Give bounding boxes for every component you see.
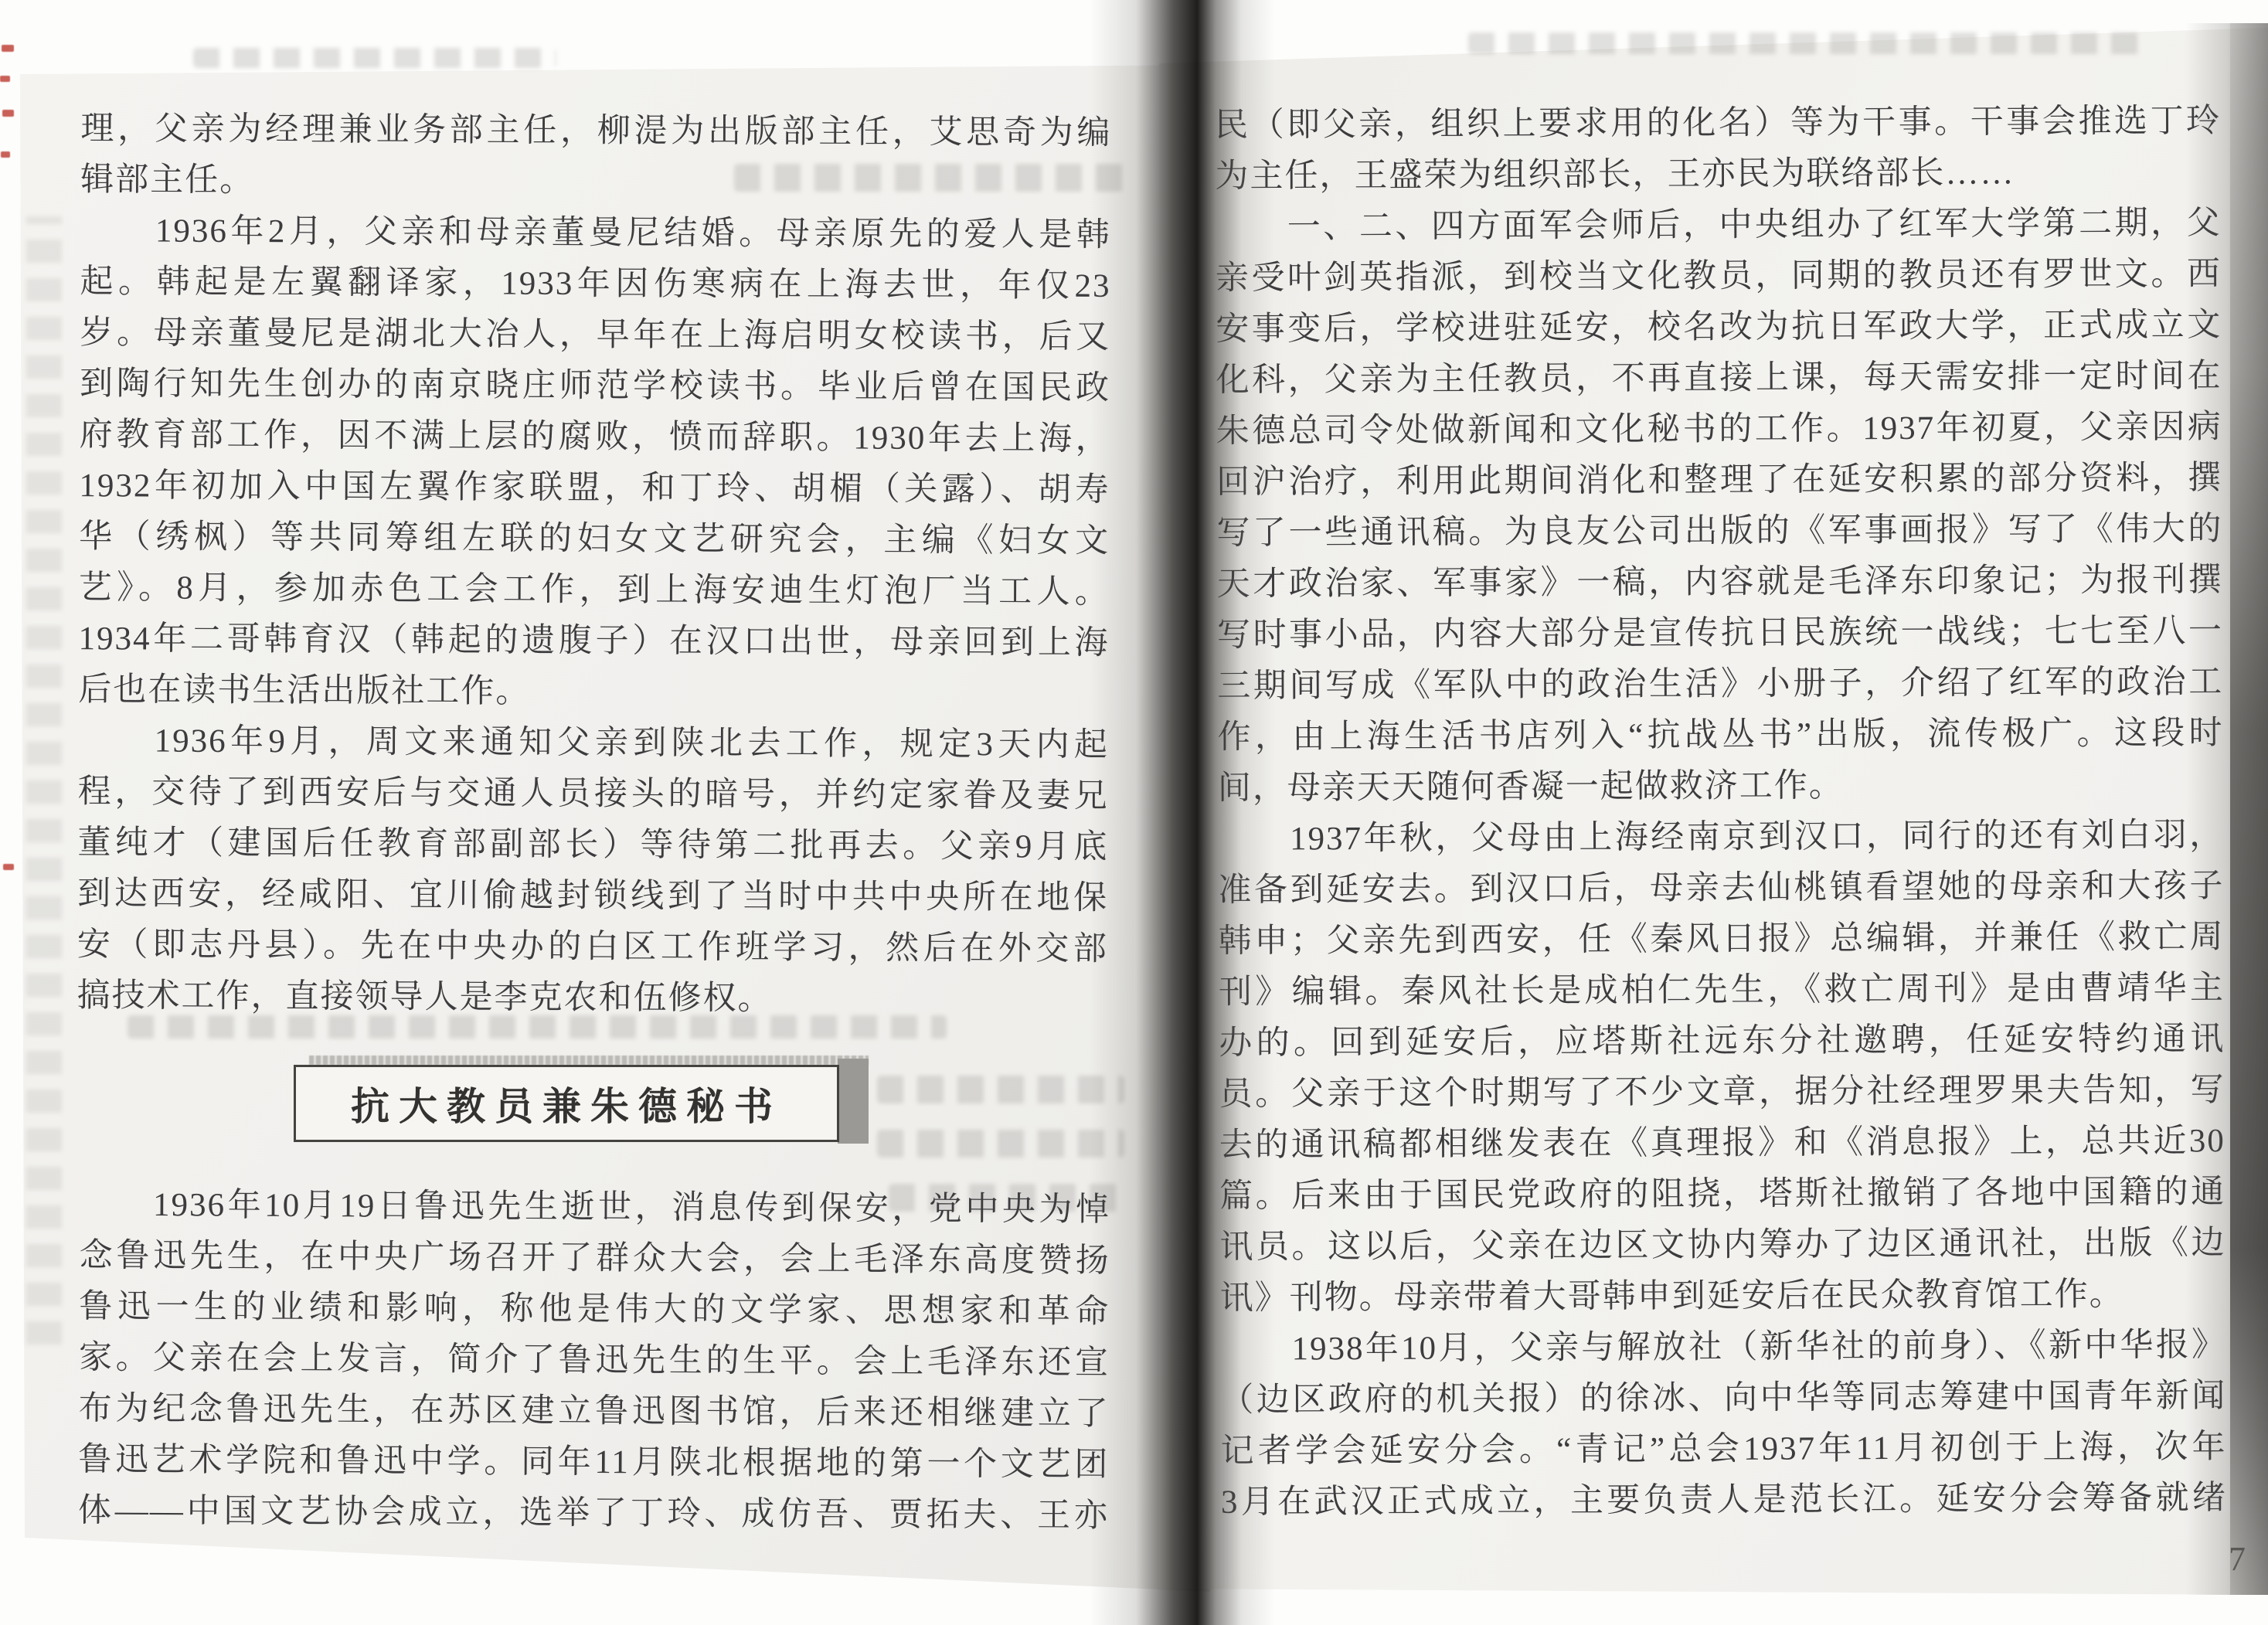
- section-heading-title: 抗大教员兼朱德秘书: [351, 1076, 782, 1131]
- text-line: 鲁迅艺术学院和鲁迅中学。同年11月陕北根据地的第一个文艺团: [78, 1435, 1109, 1491]
- text-line: 1934年二哥韩育汉（韩起的遗腹子）在汉口出世，母亲回到上海: [78, 614, 1109, 669]
- text-line: 1936年2月，父亲和母亲董曼尼结婚。母亲原先的爱人是韩: [80, 206, 1111, 261]
- text-line: 1932年初加入中国左翼作家联盟，和丁玲、胡楣（关露）、胡寿: [79, 461, 1110, 516]
- text-line: 朱德总司令处做新闻和文化秘书的工作。1937年初夏，父亲因病: [1216, 402, 2222, 457]
- scan-edge-mark: [0, 76, 10, 82]
- text-line: 鲁迅一生的业绩和影响，称他是伟大的文学家、思想家和革命: [79, 1282, 1110, 1338]
- text-line: 1938年10月，父亲与解放社（新华社的前身）、《新中华报》: [1220, 1320, 2226, 1375]
- text-line: 1936年9月，周文来通知父亲到陕北去工作，规定3天内起: [78, 716, 1109, 771]
- text-line: 去的通讯稿都相继发表在《真理报》和《消息报》上，总共近30: [1219, 1116, 2225, 1171]
- text-line: 后也在读书生活出版社工作。: [78, 665, 1109, 720]
- text-line: 作，由上海生活书店列入“抗战丛书”出版，流传极广。这段时: [1217, 708, 2223, 763]
- text-line: 家。父亲在会上发言，简介了鲁迅先生的生平。会上毛泽东还宣: [79, 1333, 1110, 1389]
- text-line: 搞技术工作，直接领导人是李克农和伍修权。: [77, 971, 1107, 1026]
- left-page-text-lower: 1936年10月19日鲁迅先生逝世，消息传到保安，党中央为悼念鲁迅先生，在中央广…: [78, 1180, 1110, 1542]
- section-heading-box: 抗大教员兼朱德秘书: [294, 1065, 869, 1142]
- box-frame: 抗大教员兼朱德秘书: [294, 1065, 839, 1142]
- text-line: 董纯才（建国后任教育部副部长）等待第二批再去。父亲9月底: [77, 818, 1108, 873]
- text-line: 1936年10月19日鲁迅先生逝世，消息传到保安，党中央为悼: [80, 1180, 1110, 1236]
- text-line: 一、二、四方面军会师后，中央组办了红军大学第二期，父: [1216, 198, 2222, 253]
- left-page-text-upper: 理，父亲为经理兼业务部主任，柳湜为出版部主任，艾思奇为编辑部主任。 1936年2…: [77, 104, 1111, 1026]
- text-line: 亲受叶剑英指派，到校当文化教员，同期的教员还有罗世文。西: [1216, 249, 2222, 304]
- text-line: 篇。后来由于国民党政府的阻挠，塔斯社撤销了各地中国籍的通: [1219, 1167, 2225, 1222]
- text-line: 程，交待了到西安后与交通人员接头的暗号，并约定家眷及妻兄: [78, 767, 1109, 822]
- text-line: 辑部主任。: [80, 155, 1111, 210]
- right-page-text: 民（即父亲，组织上要求用的化名）等为干事。干事会推选丁玲为主任，王盛荣为组织部长…: [1215, 96, 2227, 1528]
- scanned-book-spread: 理，父亲为经理兼业务部主任，柳湜为出版部主任，艾思奇为编辑部主任。 1936年2…: [0, 0, 2268, 1625]
- text-line: 府教育部工作，因不满上层的腐败，愤而辞职。1930年去上海，: [80, 410, 1110, 465]
- scan-edge-mark: [1, 151, 10, 158]
- text-line: 为主任，王盛荣为组织部长，王亦民为联络部长……: [1215, 147, 2221, 202]
- box-shadow-bar: [838, 1059, 869, 1144]
- text-line: 刊》编辑。秦风社长是成柏仁先生，《救亡周刊》是由曹靖华主: [1219, 963, 2225, 1018]
- text-line: 民（即父亲，组织上要求用的化名）等为干事。干事会推选丁玲: [1215, 96, 2221, 151]
- text-line: 安事变后，学校进驻延安，校名改为抗日军政大学，正式成立文: [1216, 300, 2222, 355]
- scan-edge-mark: [2, 110, 14, 117]
- text-line: 3月在武汉正式成立，主要负责人是范长江。延安分会筹备就绪: [1221, 1473, 2227, 1528]
- text-line: 韩申；父亲先到西安，任《秦风日报》总编辑，并兼任《救亡周: [1219, 912, 2225, 967]
- text-line: 讯》刊物。母亲带着大哥韩申到延安后在民众教育馆工作。: [1220, 1269, 2226, 1324]
- text-line: 员。父亲于这个时期写了不少文章，据分社经理罗果夫告知，写: [1219, 1065, 2225, 1120]
- text-line: 理，父亲为经理兼业务部主任，柳湜为出版部主任，艾思奇为编: [80, 104, 1111, 159]
- text-line: 艺》。8月，参加赤色工会工作，到上海安迪生灯泡厂当工人。: [79, 563, 1110, 618]
- text-line: 准备到延安去。到汉口后，母亲去仙桃镇看望她的母亲和大孩子: [1218, 861, 2224, 916]
- text-line: 天才政治家、军事家》一稿，内容就是毛泽东印象记；为报刊撰: [1217, 555, 2223, 610]
- text-line: 回沪治疗，利用此期间消化和整理了在延安积累的部分资料，撰: [1216, 453, 2222, 508]
- text-line: 讯员。这以后，父亲在边区文协内筹办了边区通讯社，出版《边: [1219, 1218, 2225, 1273]
- text-line: 到陶行知先生创办的南京晓庄师范学校读书。毕业后曾在国民政: [80, 359, 1110, 414]
- text-line: 1937年秋，父母由上海经南京到汉口，同行的还有刘白羽，: [1218, 810, 2224, 865]
- text-line: 安（即志丹县）。先在中央办的白区工作班学习，然后在外交部: [77, 920, 1108, 975]
- text-line: 岁。母亲董曼尼是湖北大冶人，早年在上海启明女校读书，后又: [80, 308, 1110, 363]
- text-line: （边区政府的机关报）的徐冰、向中华等同志筹建中国青年新闻: [1220, 1371, 2226, 1426]
- text-line: 华（绣枫）等共同筹组左联的妇女文艺研究会，主编《妇女文: [79, 512, 1110, 567]
- text-line: 间，母亲天天随何香凝一起做救济工作。: [1218, 759, 2224, 814]
- text-line: 办的。回到延安后，应塔斯社远东分社邀聘，任延安特约通讯: [1219, 1014, 2225, 1069]
- scan-edge-mark: [2, 45, 14, 52]
- text-line: 写时事小品，内容大部分是宣传抗日民族统一战线；七七至八一: [1217, 606, 2223, 661]
- scan-edge-mark: [3, 864, 14, 870]
- text-line: 写了一些通讯稿。为良友公司出版的《军事画报》写了《伟大的: [1216, 504, 2222, 559]
- text-line: 到达西安，经咸阳、宜川偷越封锁线到了当时中共中央所在地保: [77, 869, 1108, 924]
- text-line: 起。韩起是左翼翻译家，1933年因伤寒病在上海去世，年仅23: [80, 257, 1110, 312]
- text-line: 三期间写成《军队中的政治生活》小册子，介绍了红军的政治工: [1217, 657, 2223, 712]
- text-line: 化科，父亲为主任教员，不再直接上课，每天需安排一定时间在: [1216, 351, 2222, 406]
- text-line: 念鲁迅先生，在中央广场召开了群众大会，会上毛泽东高度赞扬: [80, 1231, 1110, 1287]
- text-line: 记者学会延安分会。“青记”总会1937年11月初创于上海，次年: [1220, 1422, 2226, 1477]
- bleed-through-artifact: [193, 48, 556, 68]
- box-hatch-border: [309, 1056, 869, 1065]
- text-line: 体——中国文艺协会成立，选举了丁玲、成仿吾、贾拓夫、王亦: [78, 1486, 1109, 1542]
- text-line: 布为纪念鲁迅先生，在苏区建立鲁迅图书馆，后来还相继建立了: [78, 1384, 1109, 1440]
- page-number: 7: [2229, 1539, 2246, 1579]
